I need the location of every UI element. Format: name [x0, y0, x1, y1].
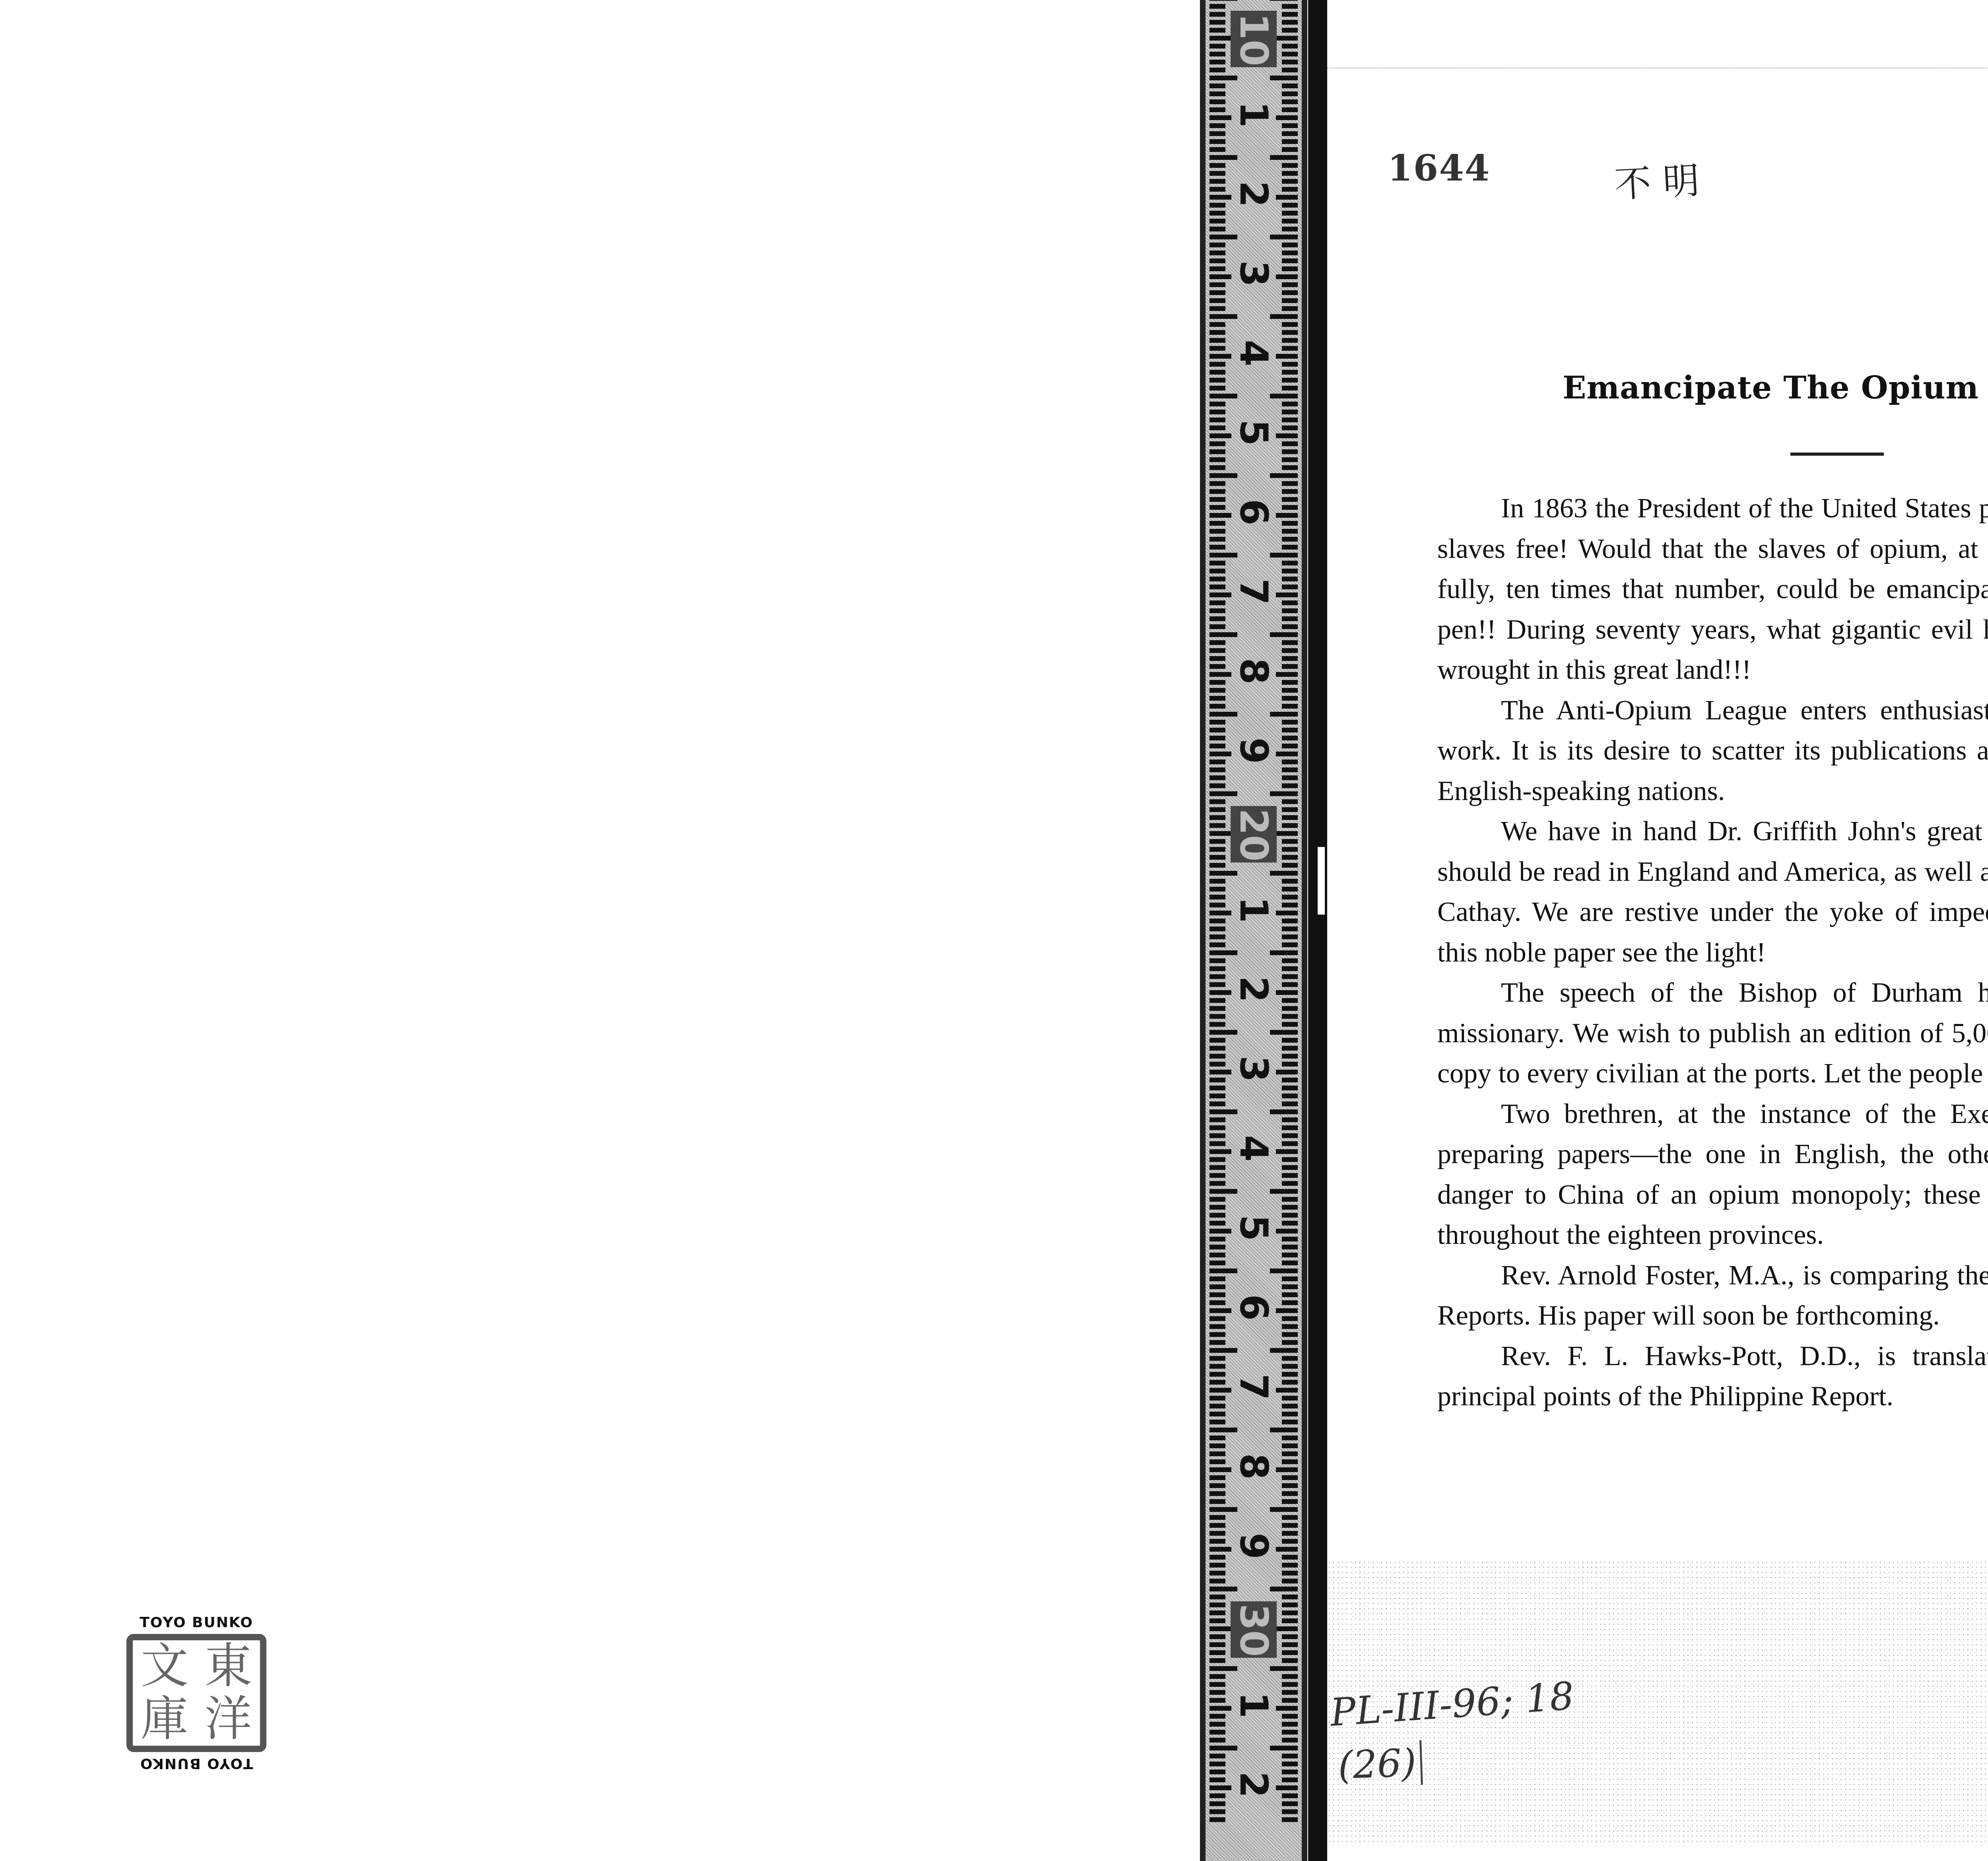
ruler-tick	[1282, 1396, 1298, 1401]
ruler-tick	[1270, 1587, 1298, 1591]
ruler-tick	[1282, 767, 1298, 772]
ruler-tick	[1209, 68, 1225, 72]
ruler-tick	[1209, 903, 1225, 907]
binding-spine	[1308, 0, 1327, 1861]
ruler-tick	[1282, 497, 1298, 502]
ruler-tick	[1270, 950, 1298, 955]
ruler-tick	[1282, 266, 1298, 271]
ruler-tick	[1282, 640, 1298, 645]
ruler-tick	[1209, 1133, 1225, 1138]
ruler-tick	[1282, 298, 1298, 303]
ruler-tick	[1282, 624, 1298, 629]
ruler-tick	[1276, 115, 1298, 120]
ruler-tick	[1282, 1324, 1298, 1329]
ruler-tick	[1282, 1722, 1298, 1727]
ruler-tick	[1209, 728, 1225, 732]
ruler-tick	[1282, 736, 1298, 740]
ruler-tick	[1209, 1428, 1237, 1432]
ruler-tick	[1276, 831, 1298, 836]
ruler-tick	[1209, 1253, 1225, 1257]
ruler-tick	[1282, 410, 1298, 414]
ruler-tick	[1209, 481, 1225, 486]
ruler-tick	[1209, 1372, 1225, 1377]
ruler-tick	[1209, 1571, 1225, 1575]
ruler-tick	[1282, 1412, 1298, 1416]
ruler-tick	[1282, 799, 1298, 804]
ruler-label: 2	[1235, 964, 1273, 1015]
ruler-tick	[1209, 84, 1225, 88]
ruler-tick	[1209, 36, 1231, 41]
ruler-tick	[1209, 553, 1237, 558]
ruler-tick	[1276, 1388, 1298, 1393]
ruler-tick	[1209, 410, 1225, 414]
ruler-tick	[1282, 227, 1298, 231]
ruler-tick	[1282, 123, 1298, 128]
ruler-tick	[1282, 1332, 1298, 1337]
ruler-tick	[1282, 1046, 1298, 1051]
ruler-tick	[1209, 91, 1225, 96]
ruler-tick	[1282, 211, 1298, 216]
stamp-label-top: TOYO BUNKO	[140, 1614, 253, 1631]
ruler-label: 9	[1235, 725, 1273, 777]
ruler-tick	[1209, 1340, 1225, 1345]
ruler-tick	[1209, 1308, 1231, 1313]
ruler-tick	[1209, 521, 1225, 526]
seal-icon: 文 東 庫 洋	[126, 1634, 266, 1752]
ruler-tick	[1209, 1475, 1225, 1480]
ruler-tick	[1209, 251, 1225, 255]
ruler-tick	[1209, 489, 1225, 494]
ruler-tick	[1282, 728, 1298, 732]
ruler-tick	[1282, 537, 1298, 542]
ruler-tick	[1282, 4, 1298, 9]
ruler-tick	[1270, 1666, 1298, 1671]
ruler-tick	[1209, 1674, 1225, 1679]
ruler-tick	[1282, 1356, 1298, 1361]
ruler-tick	[1209, 704, 1225, 709]
ruler-tick	[1209, 1324, 1225, 1329]
ruler-tick	[1209, 1785, 1231, 1790]
ruler-tick	[1209, 306, 1225, 311]
ruler-tick	[1209, 871, 1237, 876]
ruler-tick	[1209, 274, 1231, 279]
ruler-tick	[1282, 441, 1298, 446]
ruler-tick	[1282, 1245, 1298, 1249]
ruler-tick	[1209, 1070, 1231, 1074]
ruler-tick	[1209, 418, 1225, 422]
ruler-tick	[1270, 712, 1298, 717]
ruler-tick	[1209, 107, 1225, 112]
catalog-number: 1644	[1388, 147, 1491, 189]
ruler-tick	[1209, 648, 1225, 653]
ruler-tick	[1209, 1507, 1237, 1512]
ruler-tick	[1282, 1571, 1298, 1575]
paragraph: The speech of the Bishop of Durham has b…	[1437, 973, 1988, 1094]
ruler-tick	[1282, 187, 1298, 192]
ruler-tick	[1209, 513, 1231, 518]
ruler-tick	[1209, 1642, 1225, 1647]
ruler-tick	[1270, 0, 1298, 1]
ruler-tick	[1276, 274, 1298, 279]
ruler-tick	[1209, 290, 1225, 295]
ruler-tick	[1282, 1157, 1298, 1162]
ruler-tick	[1282, 1205, 1298, 1210]
ruler-tick	[1282, 1165, 1298, 1170]
ruler-tick	[1282, 1658, 1298, 1663]
ruler-tick	[1282, 982, 1298, 987]
ruler-tick	[1209, 1149, 1231, 1154]
ruler-tick	[1209, 1412, 1225, 1416]
seal-char: 文	[141, 1643, 188, 1690]
ruler-tick	[1282, 1340, 1298, 1345]
ruler-tick	[1209, 1555, 1225, 1560]
ruler-tick	[1282, 919, 1298, 923]
ruler-tick	[1276, 1467, 1298, 1472]
ruler-tick	[1282, 1062, 1298, 1066]
ruler-tick	[1209, 1364, 1225, 1369]
ruler-tick	[1282, 760, 1298, 764]
ruler-tick	[1209, 1245, 1225, 1249]
ruler-label: 5	[1235, 407, 1273, 458]
paragraph: In 1863 the President of the United Stat…	[1437, 488, 1988, 690]
ruler-tick	[1209, 1523, 1225, 1528]
ruler-label: 10	[1231, 11, 1277, 67]
ruler-tick	[1209, 911, 1231, 915]
ruler-tick	[1209, 1404, 1225, 1408]
ruler-tick	[1209, 473, 1237, 478]
ruler-tick	[1270, 394, 1298, 398]
ruler-tick	[1209, 720, 1225, 725]
ruler-tick	[1282, 958, 1298, 963]
ruler-tick	[1209, 839, 1225, 844]
ruler-tick	[1209, 887, 1225, 892]
ruler-tick	[1209, 934, 1225, 939]
ruler-tick	[1276, 513, 1298, 518]
ruler-tick	[1282, 322, 1298, 327]
ruler-tick	[1209, 1467, 1231, 1472]
ruler-tick	[1282, 1770, 1298, 1774]
ruler-tick	[1282, 807, 1298, 812]
ruler-tick	[1209, 1618, 1225, 1623]
ruler-tick	[1282, 1213, 1298, 1218]
ruler-tick	[1282, 561, 1298, 565]
ruler-label: 1	[1235, 884, 1273, 936]
ruler-tick	[1209, 561, 1225, 565]
ruler-tick	[1209, 1801, 1225, 1806]
ruler-tick	[1209, 855, 1225, 860]
ruler-tick	[1209, 672, 1231, 677]
ruler-tick	[1209, 966, 1225, 971]
ruler-tick	[1209, 1078, 1225, 1082]
ruler-tick	[1282, 425, 1298, 430]
ruler-label: 2	[1235, 168, 1273, 220]
ruler-tick	[1276, 1706, 1298, 1711]
ruler-tick	[1209, 1292, 1225, 1297]
ruler-tick	[1276, 990, 1298, 995]
ruler-tick	[1282, 656, 1298, 661]
ruler-tick	[1282, 1022, 1298, 1027]
ruler-tick	[1209, 1730, 1225, 1735]
ruler-tick	[1282, 616, 1298, 621]
ruler-tick	[1209, 1388, 1231, 1393]
ruler-tick	[1282, 1038, 1298, 1043]
ruler-tick	[1282, 569, 1298, 573]
ruler-tick	[1282, 60, 1298, 64]
ruler-tick	[1282, 577, 1298, 581]
ruler-tick	[1270, 1428, 1298, 1432]
ruler-tick	[1270, 1109, 1298, 1114]
ruler-tick	[1209, 1451, 1225, 1456]
ruler-tick	[1282, 1674, 1298, 1679]
ruler-tick	[1282, 1690, 1298, 1695]
ruler-tick	[1282, 1650, 1298, 1655]
ruler-tick	[1282, 1451, 1298, 1456]
ruler-tick	[1270, 155, 1298, 160]
ruler-tick	[1209, 1141, 1225, 1146]
seal-char: 洋	[204, 1696, 252, 1743]
ruler-tick	[1209, 243, 1225, 247]
ruler-tick	[1282, 290, 1298, 295]
ruler-tick	[1209, 1746, 1237, 1750]
ruler-tick	[1209, 799, 1225, 804]
ruler-tick	[1282, 258, 1298, 263]
ruler-tick	[1282, 1125, 1298, 1130]
ruler-tick	[1270, 553, 1298, 558]
ruler-tick	[1209, 680, 1225, 685]
ruler-tick	[1282, 1006, 1298, 1011]
ruler-label: 3	[1235, 248, 1273, 299]
ruler-tick	[1282, 775, 1298, 780]
ruler-tick	[1282, 131, 1298, 136]
ruler-tick	[1282, 1762, 1298, 1766]
ruler-tick	[1270, 314, 1298, 319]
ruler-tick	[1209, 346, 1225, 351]
ruler-tick	[1282, 1579, 1298, 1583]
ruler-tick	[1209, 235, 1237, 239]
ruler-tick	[1209, 1229, 1231, 1234]
ruler-tick	[1209, 1658, 1225, 1663]
ruler-tick	[1282, 68, 1298, 72]
ruler-tick	[1282, 1054, 1298, 1059]
ruler-tick	[1209, 195, 1231, 200]
ruler-tick	[1209, 640, 1225, 645]
ruler-tick	[1209, 171, 1225, 176]
ruler-tick	[1282, 863, 1298, 868]
ruler-tick	[1282, 330, 1298, 335]
ruler-tick	[1209, 1030, 1237, 1035]
ruler-tick	[1209, 1579, 1225, 1583]
ruler-tick	[1282, 1284, 1298, 1289]
ruler-tick	[1209, 28, 1225, 33]
ruler-tick	[1282, 505, 1298, 510]
ruler-tick	[1282, 1436, 1298, 1440]
ruler-tick	[1270, 791, 1298, 796]
ruler-tick	[1282, 783, 1298, 788]
ruler-tick	[1282, 1531, 1298, 1536]
ruler-tick	[1209, 998, 1225, 1003]
ruler-tick	[1282, 585, 1298, 589]
ruler-tick	[1270, 1507, 1298, 1512]
ruler-tick	[1209, 1539, 1225, 1544]
ruler-tick	[1282, 418, 1298, 422]
ruler-tick	[1282, 1809, 1298, 1814]
ruler-tick	[1282, 1117, 1298, 1122]
ruler-tick	[1276, 592, 1298, 597]
ruler-tick	[1282, 1642, 1298, 1647]
ruler-tick	[1209, 1563, 1225, 1568]
ruler-tick	[1209, 1666, 1237, 1671]
ruler-tick	[1209, 712, 1237, 717]
ruler-tick	[1282, 720, 1298, 725]
ruler-tick	[1209, 131, 1225, 136]
ruler-tick	[1209, 1157, 1225, 1162]
ruler-tick	[1282, 465, 1298, 470]
ruler-tick	[1209, 338, 1225, 343]
ruler-tick	[1282, 942, 1298, 947]
ruler-tick	[1282, 887, 1298, 892]
ruler-tick	[1209, 1189, 1237, 1194]
ruler-tick	[1209, 863, 1225, 868]
ruler-tick	[1282, 966, 1298, 971]
ruler-tick	[1209, 441, 1225, 446]
ruler-tick	[1209, 449, 1225, 454]
ruler-tick	[1282, 855, 1298, 860]
ruler-tick	[1270, 1746, 1298, 1750]
ruler-tick	[1209, 688, 1225, 693]
ruler-tick	[1209, 1022, 1225, 1027]
ruler-tick	[1209, 1491, 1225, 1496]
ruler-tick	[1282, 704, 1298, 709]
ruler-tick	[1276, 36, 1298, 41]
ruler-tick	[1209, 1809, 1225, 1814]
ruler-tick	[1282, 1404, 1298, 1408]
ruler-label: 5	[1235, 1202, 1273, 1254]
ruler-tick	[1209, 775, 1225, 780]
ruler-tick	[1209, 76, 1237, 80]
ruler-tick	[1270, 1269, 1298, 1273]
ruler-tick	[1209, 879, 1225, 884]
ruler-tick	[1209, 529, 1225, 534]
ruler-tick	[1209, 1261, 1225, 1265]
ruler-tick	[1209, 1396, 1225, 1401]
ruler-tick	[1276, 1547, 1298, 1552]
ruler-tick	[1270, 473, 1298, 478]
ruler-tick	[1209, 1213, 1225, 1218]
ruler-tick	[1209, 1117, 1225, 1122]
ruler-tick	[1282, 203, 1298, 208]
ruler-tick	[1209, 394, 1237, 398]
ruler-tick	[1209, 227, 1225, 231]
ruler-tick	[1282, 1483, 1298, 1488]
ruler-tick	[1282, 28, 1298, 33]
ruler-tick	[1282, 1817, 1298, 1822]
ruler-tick	[1209, 314, 1237, 319]
ruler-tick	[1276, 195, 1298, 200]
ruler-tick	[1209, 696, 1225, 701]
ruler-tick	[1282, 903, 1298, 907]
ruler-tick	[1282, 1777, 1298, 1782]
ruler-tick	[1282, 1634, 1298, 1639]
title-divider	[1790, 453, 1884, 456]
ruler-tick	[1282, 306, 1298, 311]
ruler-tick	[1209, 1698, 1225, 1703]
ruler-tick	[1276, 1229, 1298, 1234]
ruler-label: 6	[1235, 1282, 1273, 1333]
ruler-tick	[1276, 752, 1298, 756]
ruler-tick	[1209, 815, 1225, 820]
ruler-tick	[1282, 163, 1298, 168]
ruler-tick	[1209, 974, 1225, 979]
ruler-tick	[1209, 847, 1225, 852]
ruler-label: 4	[1235, 327, 1273, 379]
ruler-tick	[1209, 982, 1225, 987]
ruler-tick	[1209, 115, 1231, 120]
ruler-tick	[1209, 656, 1225, 661]
ruler-tick	[1282, 99, 1298, 104]
ruler-tick	[1270, 632, 1298, 637]
ruler-tick	[1276, 1626, 1298, 1631]
ruler-tick	[1276, 433, 1298, 438]
ruler-tick	[1282, 1730, 1298, 1735]
ruler-tick	[1209, 266, 1225, 271]
ruler-tick	[1209, 322, 1225, 327]
ruler-tick	[1209, 1101, 1225, 1106]
ruler-tick	[1282, 879, 1298, 884]
ruler-label: 8	[1235, 645, 1273, 697]
ruler-tick	[1276, 672, 1298, 677]
ruler-tick	[1209, 52, 1225, 56]
ruler-tick	[1209, 1006, 1225, 1011]
ruler-tick	[1209, 147, 1225, 152]
ruler-tick	[1209, 370, 1225, 375]
paragraph: Two brethren, at the instance of the Exe…	[1437, 1094, 1988, 1255]
ruler-tick	[1276, 1070, 1298, 1074]
shelf-mark-sub: (26)	[1337, 1740, 1423, 1787]
ruler-tick	[1282, 243, 1298, 247]
ruler-tick	[1270, 871, 1298, 876]
ruler-tick	[1282, 1094, 1298, 1098]
ruler-tick	[1209, 736, 1225, 740]
ruler-tick	[1209, 1094, 1225, 1098]
ruler-tick	[1282, 362, 1298, 367]
ruler-tick	[1282, 457, 1298, 462]
ruler-tick	[1209, 163, 1225, 168]
ruler-tick	[1209, 990, 1231, 995]
paragraph: Rev. Arnold Foster, M.A., is comparing t…	[1437, 1255, 1988, 1336]
ruler-tick	[1209, 1443, 1225, 1448]
ruler-tick	[1209, 958, 1225, 963]
ruler-tick	[1282, 1181, 1298, 1186]
ruler-tick	[1282, 1133, 1298, 1138]
ruler-tick	[1270, 235, 1298, 239]
ruler-tick	[1209, 577, 1225, 581]
ruler-tick	[1209, 203, 1225, 208]
ruler-tick	[1209, 1793, 1225, 1798]
seal-char: 庫	[141, 1696, 188, 1743]
ruler-tick	[1209, 569, 1225, 573]
ruler-tick	[1209, 744, 1225, 748]
ruler-tick	[1209, 616, 1225, 621]
ruler-tick	[1282, 529, 1298, 534]
ruler-tick	[1282, 600, 1298, 605]
ruler-tick	[1282, 839, 1298, 844]
ruler-tick	[1282, 1603, 1298, 1607]
toyo-bunko-stamp-left: TOYO BUNKO 文 東 庫 洋 TOYO BUNKO	[126, 1614, 266, 1772]
ruler-tick	[1282, 1523, 1298, 1528]
ruler-tick	[1282, 1698, 1298, 1703]
ruler-tick	[1282, 1539, 1298, 1544]
ruler-tick	[1209, 600, 1225, 605]
